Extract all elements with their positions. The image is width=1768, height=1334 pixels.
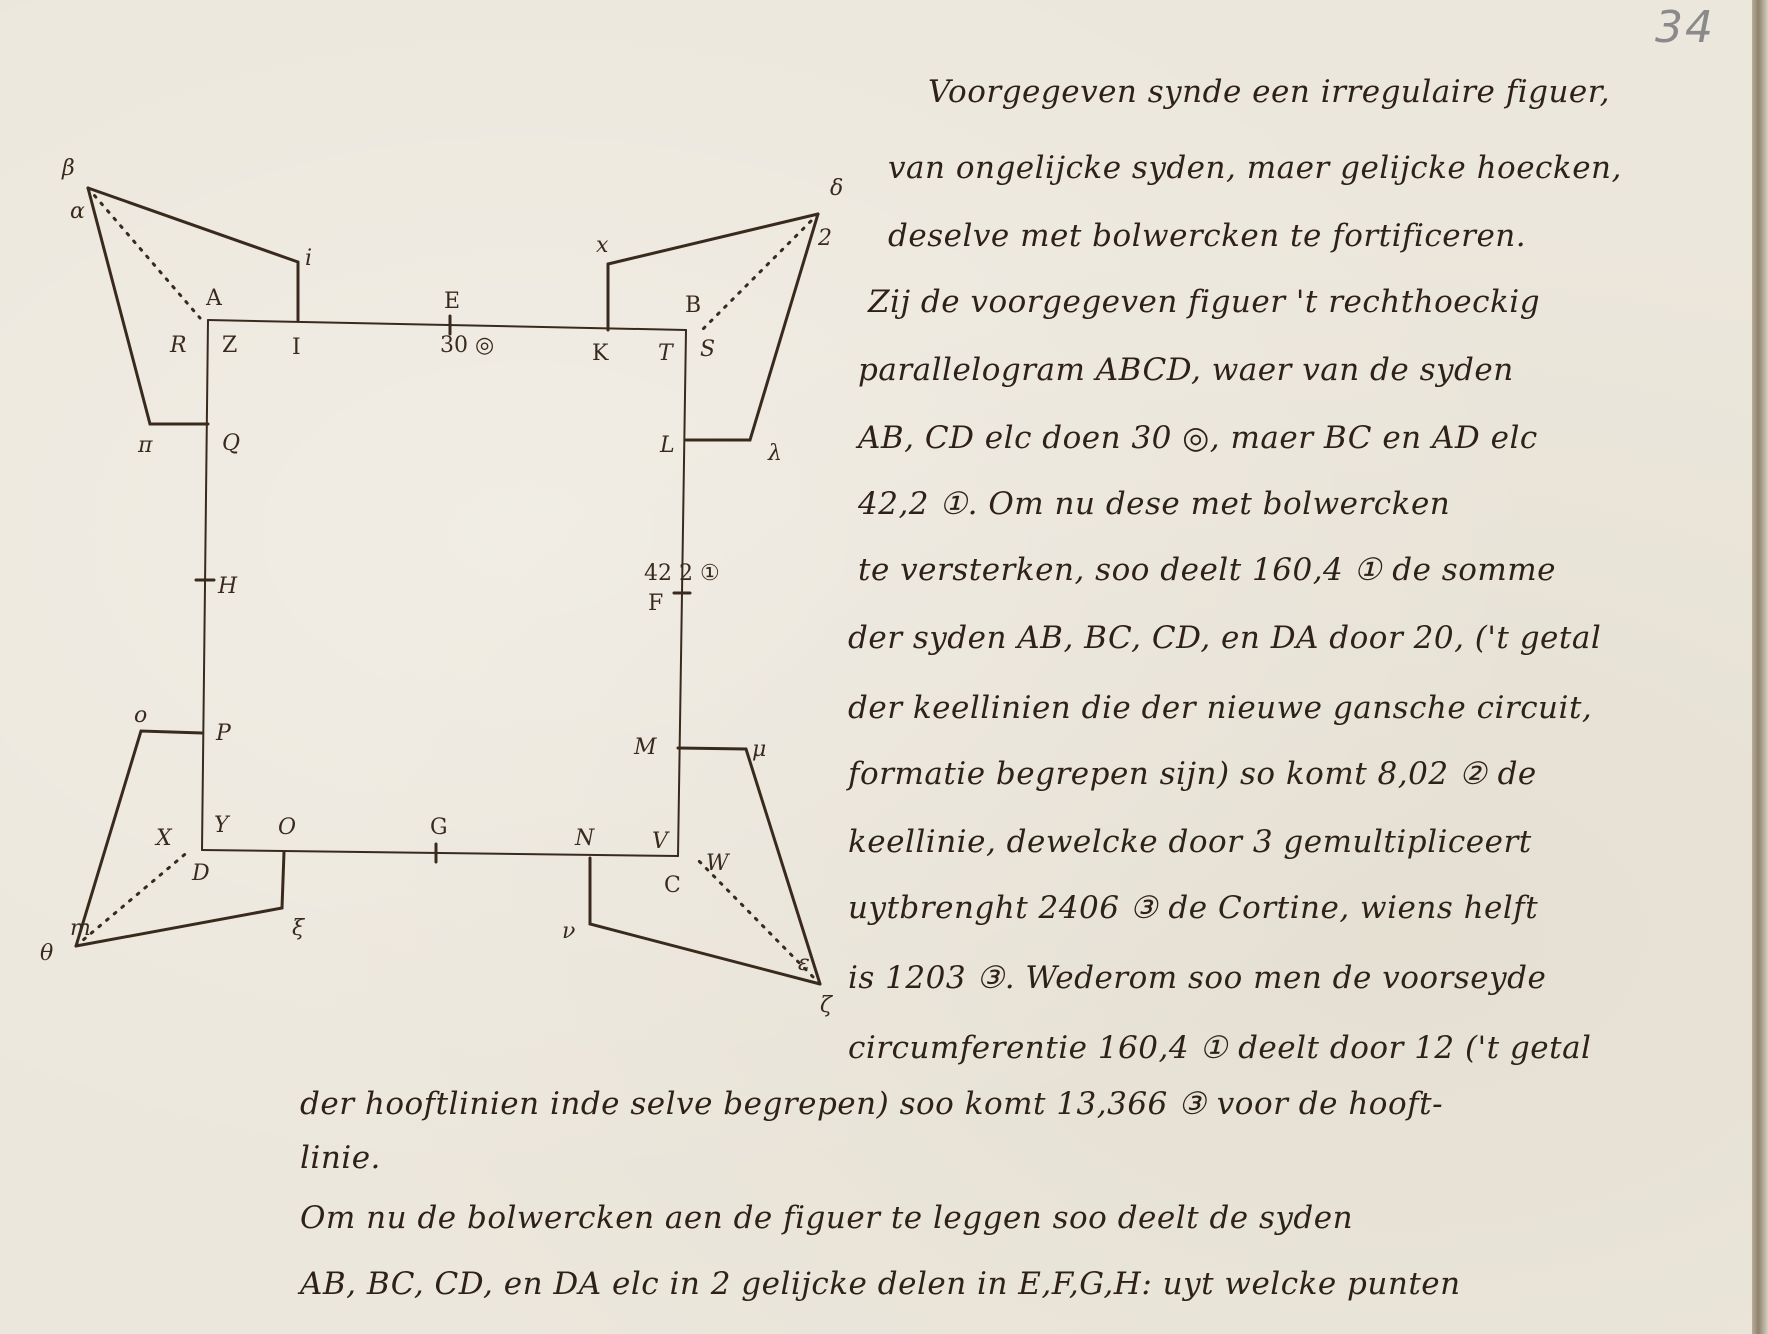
- fortification-diagram: β α i A R Z I E 30 ◎ x K B T S δ 2 π Q L…: [0, 0, 860, 1030]
- label-x-top: x: [596, 233, 609, 258]
- book-gutter: [1752, 0, 1768, 1334]
- text-line-13: uytbrenght 2406 ③ de Cortine, wiens helf…: [848, 890, 1538, 926]
- side-da: [202, 320, 208, 850]
- text-line-19: AB, BC, CD, en DA elc in 2 gelijcke dele…: [300, 1266, 1461, 1302]
- label-x: X: [154, 826, 173, 851]
- label-m: M: [633, 735, 657, 760]
- label-mu: μ: [752, 737, 766, 762]
- label-zeta: ζ: [820, 993, 834, 1018]
- label-f-value: 42 2 ①: [644, 561, 720, 586]
- text-line-12: keellinie, dewelcke door 3 gemultiplicee…: [848, 824, 1532, 860]
- label-k: K: [592, 341, 609, 366]
- label-z: Z: [222, 333, 237, 358]
- label-beta: β: [61, 156, 75, 181]
- label-two: 2: [817, 226, 832, 251]
- label-h: H: [217, 574, 238, 599]
- label-pi: π: [137, 433, 153, 458]
- text-line-6: AB, CD elc doen 30 ◎, maer BC en AD elc: [858, 420, 1538, 456]
- text-line-7: 42,2 ①. Om nu dese met bolwercken: [858, 486, 1450, 522]
- label-o-small: o: [134, 703, 147, 728]
- text-line-14: is 1203 ③. Wederom soo men de voorseyde: [848, 960, 1546, 996]
- text-line-4: Zij de voorgegeven figuer 't rechthoecki…: [868, 284, 1540, 320]
- text-line-9: der syden AB, BC, CD, en DA door 20, ('t…: [848, 620, 1601, 656]
- text-line-3: deselve met bolwercken te fortificeren.: [888, 218, 1526, 254]
- text-line-5: parallelogram ABCD, waer van de syden: [858, 352, 1514, 388]
- label-i-upper: I: [292, 335, 301, 360]
- label-epsilon: ε: [798, 951, 810, 976]
- label-r: R: [169, 333, 187, 358]
- side-ab: [208, 320, 686, 330]
- text-line-1: Voorgegeven synde een irregulaire figuer…: [928, 74, 1610, 110]
- label-c: C: [664, 873, 681, 898]
- label-e-value: 30 ◎: [440, 333, 494, 358]
- label-xi: ξ: [292, 916, 306, 941]
- label-a: A: [205, 286, 223, 311]
- text-line-10: der keellinien die der nieuwe gansche ci…: [848, 690, 1592, 726]
- text-line-15: circumferentie 160,4 ① deelt door 12 ('t…: [848, 1030, 1591, 1066]
- side-cd: [202, 850, 678, 856]
- label-o: O: [278, 815, 296, 840]
- label-y: Y: [214, 813, 231, 838]
- label-delta: δ: [830, 176, 843, 201]
- text-line-18: Om nu de bolwercken aen de figuer te leg…: [300, 1200, 1353, 1236]
- label-l: L: [659, 433, 675, 458]
- label-t: T: [658, 341, 675, 366]
- label-m-small: m: [70, 916, 91, 941]
- label-s: S: [700, 337, 715, 362]
- label-q: Q: [222, 431, 240, 456]
- label-nu: ν: [562, 919, 575, 944]
- label-e: E: [444, 289, 460, 314]
- text-line-11: formatie begrepen sijn) so komt 8,02 ② d…: [848, 756, 1537, 792]
- text-line-2: van ongelijcke syden, maer gelijcke hoec…: [888, 150, 1622, 186]
- label-alpha: α: [70, 199, 85, 224]
- label-g: G: [430, 815, 448, 840]
- label-f: F: [648, 591, 663, 616]
- label-p: P: [215, 721, 232, 746]
- text-line-8: te versterken, soo deelt 160,4 ① de somm…: [858, 552, 1556, 588]
- label-theta: θ: [40, 941, 53, 966]
- label-d: D: [191, 861, 210, 886]
- label-b: B: [685, 293, 701, 318]
- label-w: W: [706, 851, 731, 876]
- text-line-16: der hooftlinien inde selve begrepen) soo…: [300, 1086, 1443, 1122]
- label-i: i: [305, 246, 312, 271]
- label-v: V: [652, 829, 670, 854]
- text-line-17: linie.: [300, 1140, 381, 1176]
- label-lambda: λ: [767, 441, 782, 466]
- folio-number: 34: [1655, 2, 1715, 53]
- label-n: N: [574, 826, 595, 851]
